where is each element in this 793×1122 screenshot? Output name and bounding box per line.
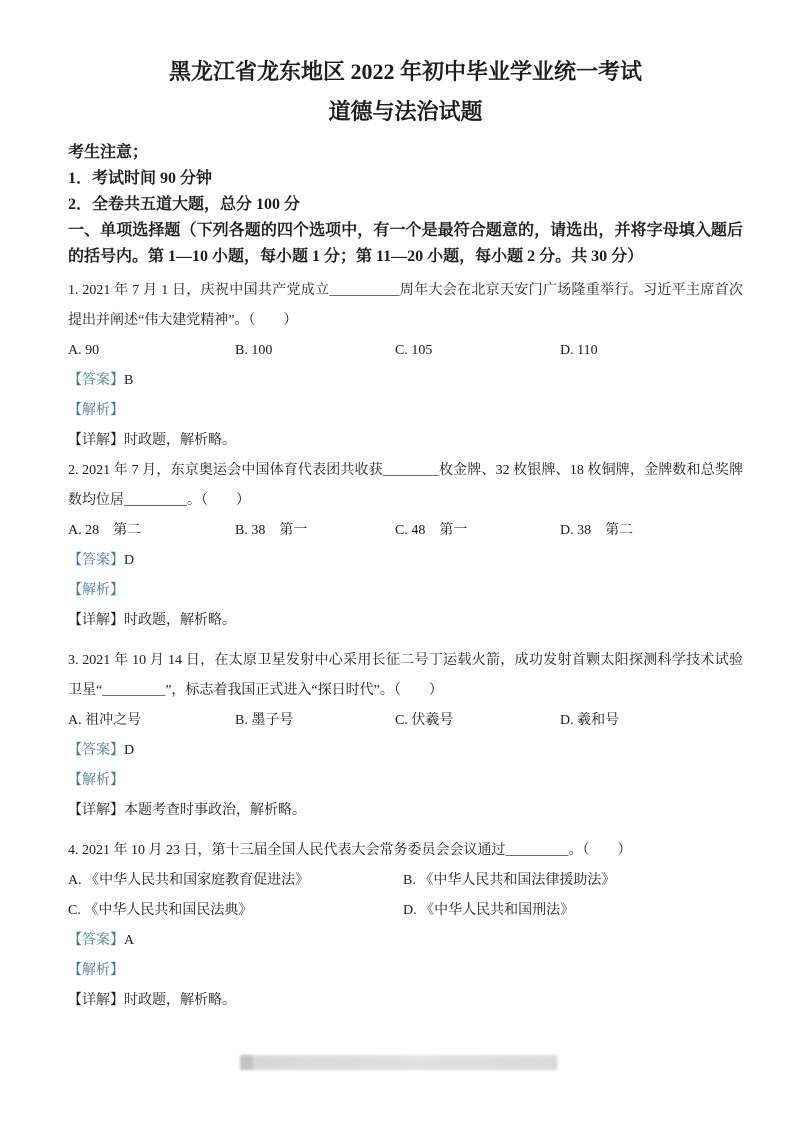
question-3-answer-line: 【答案】D — [68, 736, 743, 766]
notice-item-1: 1．考试时间 90 分钟 — [68, 166, 743, 192]
question-1: 1. 2021 年 7 月 1 日，庆祝中国共产党成立__________周年大… — [68, 276, 743, 456]
question-4-analysis-line: 【解析】 — [68, 956, 743, 986]
question-3-detail-line: 【详解】本题考查时事政治，解析略。 — [68, 796, 743, 826]
analysis-label: 【解析】 — [68, 773, 124, 788]
question-4-answer-line: 【答案】A — [68, 926, 743, 956]
question-1-analysis-line: 【解析】 — [68, 396, 743, 426]
question-3-detail-text: 本题考查时事政治，解析略。 — [124, 803, 306, 818]
question-1-option-a: A. 90 — [68, 336, 235, 366]
question-1-option-b: B. 100 — [235, 336, 395, 366]
question-1-stem: 1. 2021 年 7 月 1 日，庆祝中国共产党成立__________周年大… — [68, 276, 743, 336]
answer-label: 【答案】 — [68, 553, 124, 568]
question-2-options: A. 28 第二 B. 38 第一 C. 48 第一 D. 38 第二 — [68, 516, 743, 546]
notice-heading: 考生注意； — [68, 140, 743, 166]
question-2-option-d: D. 38 第二 — [560, 516, 743, 546]
question-2-option-a: A. 28 第二 — [68, 516, 235, 546]
question-3-option-d: D. 羲和号 — [560, 706, 743, 736]
question-4-option-c: C. 《中华人民共和国民法典》 — [68, 896, 403, 926]
question-2-option-c: C. 48 第一 — [395, 516, 560, 546]
question-1-option-c: C. 105 — [395, 336, 560, 366]
detail-label: 【详解】 — [68, 803, 124, 818]
question-1-detail-line: 【详解】时政题，解析略。 — [68, 426, 743, 456]
question-3-option-b: B. 墨子号 — [235, 706, 395, 736]
question-4-detail-text: 时政题，解析略。 — [124, 993, 236, 1008]
question-2-stem: 2. 2021 年 7 月，东京奥运会中国体育代表团共收获________枚金牌… — [68, 456, 743, 516]
detail-label: 【详解】 — [68, 613, 124, 628]
question-4-answer-value: A — [124, 933, 134, 948]
question-4-detail-line: 【详解】时政题，解析略。 — [68, 986, 743, 1016]
answer-label: 【答案】 — [68, 743, 124, 758]
question-4-option-d: D. 《中华人民共和国刑法》 — [403, 896, 743, 926]
question-2-analysis-line: 【解析】 — [68, 576, 743, 606]
question-3-option-a: A. 祖冲之号 — [68, 706, 235, 736]
question-1-detail-text: 时政题，解析略。 — [124, 433, 236, 448]
watermark — [240, 1055, 557, 1070]
question-3-options: A. 祖冲之号 B. 墨子号 C. 伏羲号 D. 羲和号 — [68, 706, 743, 736]
exam-paper-page: 黑龙江省龙东地区 2022 年初中毕业学业统一考试 道德与法治试题 考生注意； … — [0, 0, 793, 1122]
question-4-option-b: B. 《中华人民共和国法律援助法》 — [403, 866, 743, 896]
question-3: 3. 2021 年 10 月 14 日，在太原卫星发射中心采用长征二号丁运载火箭… — [68, 646, 743, 826]
question-4: 4. 2021 年 10 月 23 日，第十三届全国人民代表大会常务委员会会议通… — [68, 836, 743, 1016]
question-1-options: A. 90 B. 100 C. 105 D. 110 — [68, 336, 743, 366]
question-2-answer-line: 【答案】D — [68, 546, 743, 576]
notice-item-2: 2．全卷共五道大题，总分 100 分 — [68, 192, 743, 218]
question-4-option-a: A. 《中华人民共和国家庭教育促进法》 — [68, 866, 403, 896]
exam-title: 黑龙江省龙东地区 2022 年初中毕业学业统一考试 — [68, 56, 743, 88]
question-2-detail-text: 时政题，解析略。 — [124, 613, 236, 628]
question-3-answer-value: D — [124, 743, 134, 758]
answer-label: 【答案】 — [68, 373, 124, 388]
question-2-detail-line: 【详解】时政题，解析略。 — [68, 606, 743, 636]
question-2-option-b: B. 38 第一 — [235, 516, 395, 546]
notice-block: 考生注意； 1．考试时间 90 分钟 2．全卷共五道大题，总分 100 分 一、… — [68, 140, 743, 270]
question-2: 2. 2021 年 7 月，东京奥运会中国体育代表团共收获________枚金牌… — [68, 456, 743, 636]
analysis-label: 【解析】 — [68, 963, 124, 978]
analysis-label: 【解析】 — [68, 583, 124, 598]
questions-area: 1. 2021 年 7 月 1 日，庆祝中国共产党成立__________周年大… — [68, 276, 743, 1016]
section-heading: 一、单项选择题（下列各题的四个选项中，有一个是最符合题意的，请选出，并将字母填入… — [68, 218, 743, 270]
detail-label: 【详解】 — [68, 433, 124, 448]
question-2-answer-value: D — [124, 553, 134, 568]
detail-label: 【详解】 — [68, 993, 124, 1008]
exam-subtitle: 道德与法治试题 — [68, 96, 743, 128]
question-4-stem: 4. 2021 年 10 月 23 日，第十三届全国人民代表大会常务委员会会议通… — [68, 836, 743, 866]
question-3-analysis-line: 【解析】 — [68, 766, 743, 796]
question-4-options: A. 《中华人民共和国家庭教育促进法》 B. 《中华人民共和国法律援助法》 C.… — [68, 866, 743, 926]
question-1-answer-value: B — [124, 373, 133, 388]
question-3-stem: 3. 2021 年 10 月 14 日，在太原卫星发射中心采用长征二号丁运载火箭… — [68, 646, 743, 706]
analysis-label: 【解析】 — [68, 403, 124, 418]
answer-label: 【答案】 — [68, 933, 124, 948]
question-3-option-c: C. 伏羲号 — [395, 706, 560, 736]
question-1-answer-line: 【答案】B — [68, 366, 743, 396]
question-1-option-d: D. 110 — [560, 336, 743, 366]
